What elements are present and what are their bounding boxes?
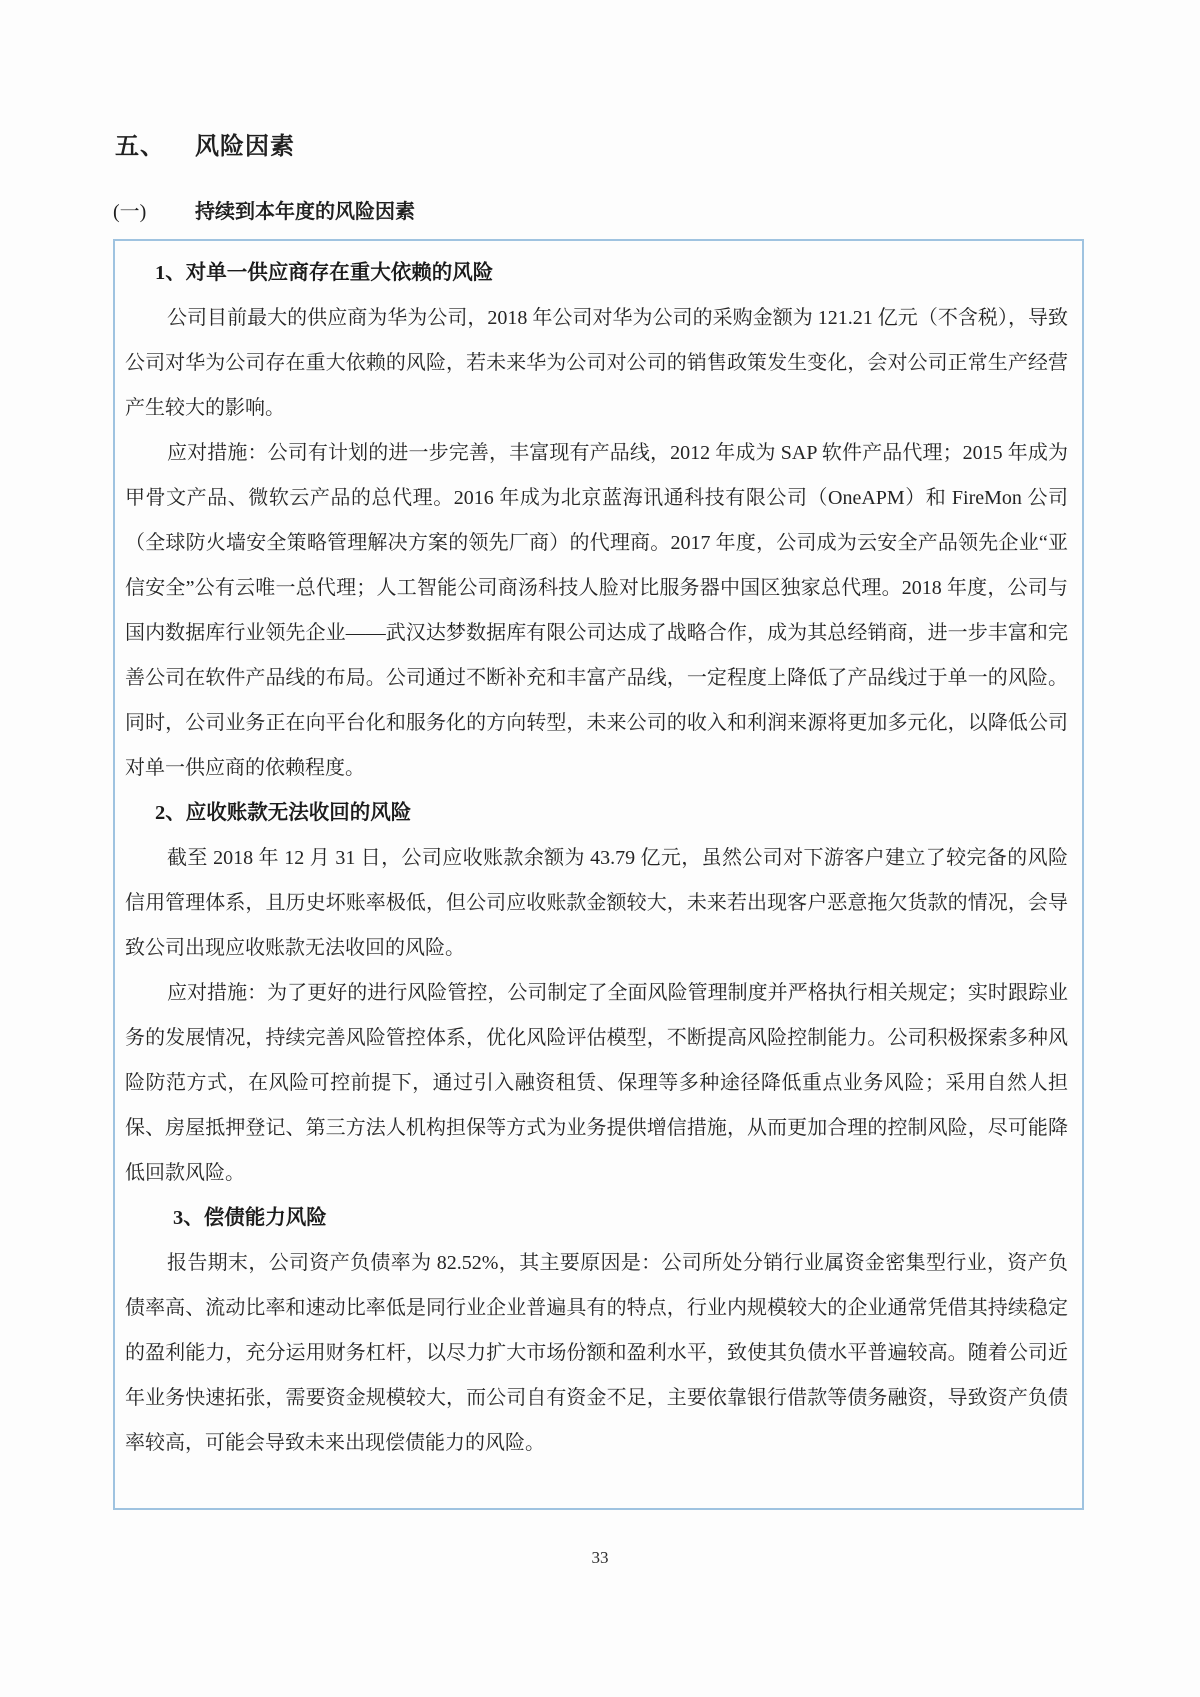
risk-section-heading: 1、对单一供应商存在重大依赖的风险 (125, 251, 1068, 296)
risk-paragraph: 应对措施：公司有计划的进一步完善，丰富现有产品线，2012 年成为 SAP 软件… (125, 431, 1068, 791)
subsection-title: 持续到本年度的风险因素 (195, 201, 415, 223)
risk-section-heading: 2、应收账款无法收回的风险 (125, 791, 1068, 836)
risk-section-heading: 3、偿债能力风险 (125, 1196, 1068, 1241)
subsection-heading: (一)持续到本年度的风险因素 (113, 195, 415, 224)
subsection-number: (一) (113, 195, 195, 224)
risk-paragraph: 应对措施：为了更好的进行风险管控，公司制定了全面风险管理制度并严格执行相关规定；… (125, 971, 1068, 1196)
section-number: 五、 (115, 126, 195, 161)
risk-factors-box: 1、对单一供应商存在重大依赖的风险公司目前最大的供应商为华为公司，2018 年公… (113, 239, 1084, 1510)
section-heading: 五、风险因素 (115, 126, 295, 161)
risk-paragraph: 公司目前最大的供应商为华为公司，2018 年公司对华为公司的采购金额为 121.… (125, 296, 1068, 431)
page-number: 33 (0, 1548, 1200, 1568)
risk-paragraph: 截至 2018 年 12 月 31 日，公司应收账款余额为 43.79 亿元，虽… (125, 836, 1068, 971)
risk-paragraph: 报告期末，公司资产负债率为 82.52%，其主要原因是：公司所处分销行业属资金密… (125, 1241, 1068, 1466)
document-page: 五、风险因素 (一)持续到本年度的风险因素 1、对单一供应商存在重大依赖的风险公… (0, 0, 1200, 1697)
section-title: 风险因素 (195, 134, 295, 160)
